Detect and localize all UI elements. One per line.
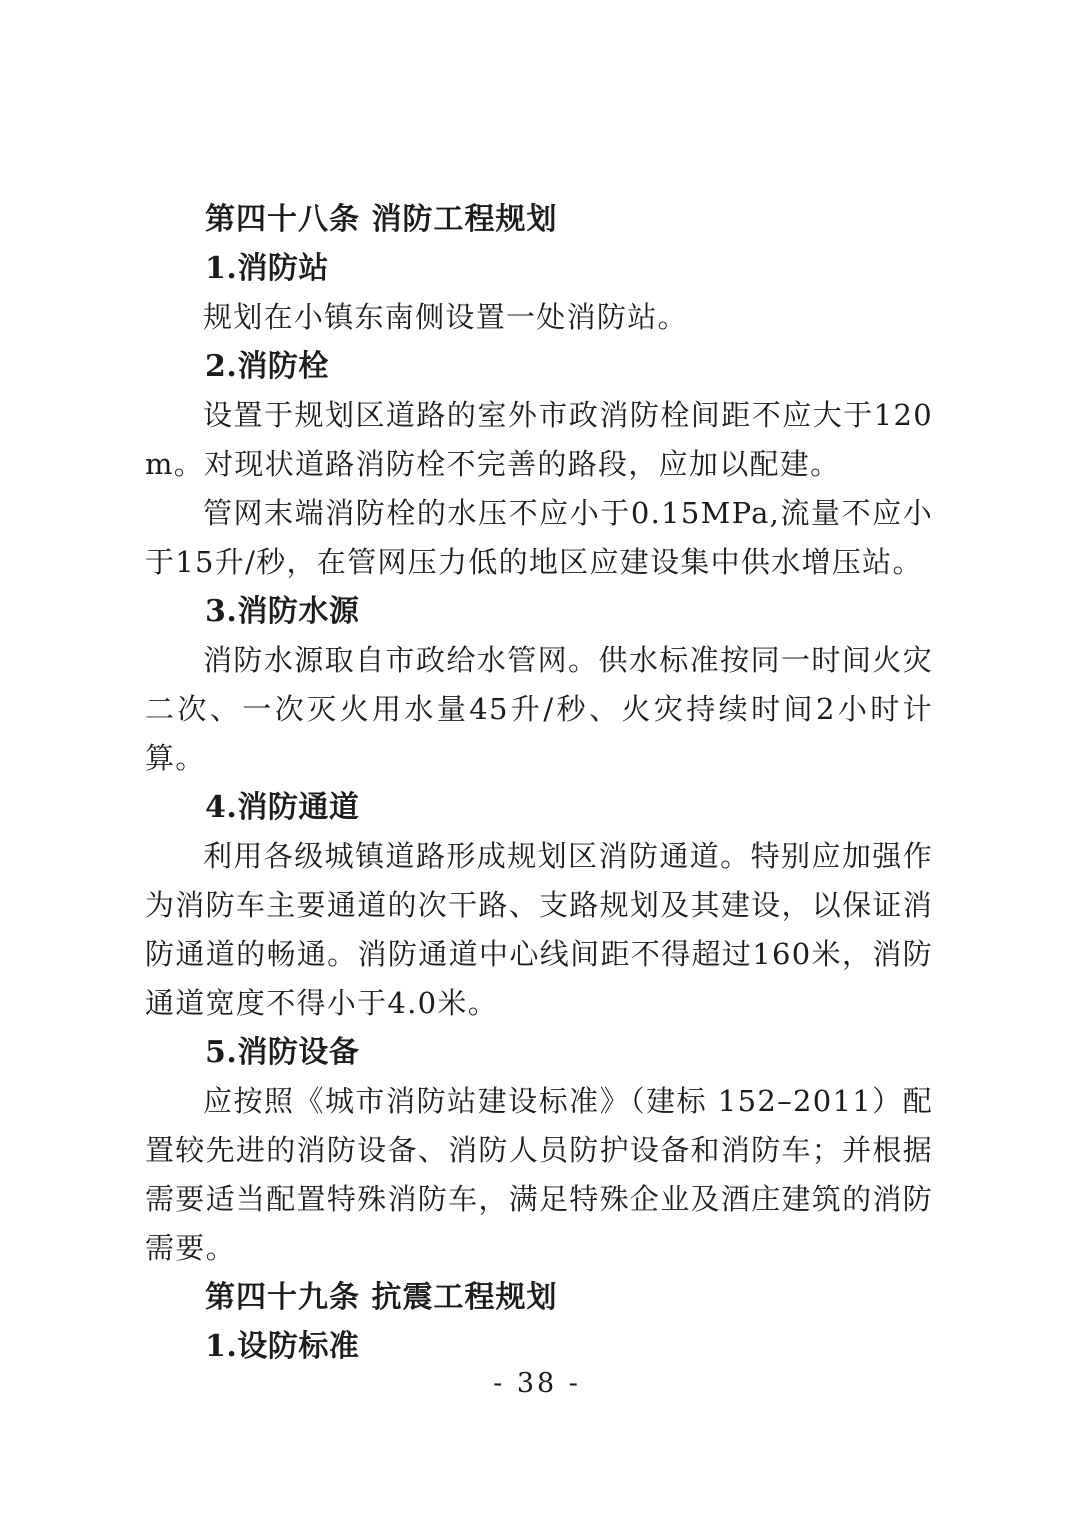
para-fire-hydrant-spacing: 设置于规划区道路的室外市政消防栓间距不应大于120m。对现状道路消防栓不完善的路… <box>145 391 933 489</box>
subheading-1-fire-station: 1.消防站 <box>145 244 933 293</box>
para-fire-water-source: 消防水源取自市政给水管网。供水标准按同一时间火灾二次、一次灭火用水量45升/秒、… <box>145 636 933 783</box>
para-fire-equipment: 应按照《城市消防站建设标准》（建标 152–2011）配置较先进的消防设备、消防… <box>145 1077 933 1273</box>
para-fire-access: 利用各级城镇道路形成规划区消防通道。特别应加强作为消防车主要通道的次干路、支路规… <box>145 832 933 1028</box>
subheading-1-seismic-standard: 1.设防标准 <box>145 1322 933 1371</box>
subheading-2-fire-hydrant: 2.消防栓 <box>145 342 933 391</box>
document-body: 第四十八条 消防工程规划 1.消防站 规划在小镇东南侧设置一处消防站。 2.消防… <box>145 195 933 1371</box>
para-fire-hydrant-pressure: 管网末端消防栓的水压不应小于0.15MPa,流量不应小于15升/秒，在管网压力低… <box>145 489 933 587</box>
page-number: - 38 - <box>0 1368 1074 1399</box>
subheading-4-fire-access: 4.消防通道 <box>145 783 933 832</box>
heading-article-48: 第四十八条 消防工程规划 <box>145 195 933 244</box>
subheading-5-fire-equipment: 5.消防设备 <box>145 1028 933 1077</box>
para-fire-station: 规划在小镇东南侧设置一处消防站。 <box>145 293 933 342</box>
heading-article-49: 第四十九条 抗震工程规划 <box>145 1273 933 1322</box>
document-page: 第四十八条 消防工程规划 1.消防站 规划在小镇东南侧设置一处消防站。 2.消防… <box>0 0 1074 1520</box>
subheading-3-fire-water-source: 3.消防水源 <box>145 587 933 636</box>
